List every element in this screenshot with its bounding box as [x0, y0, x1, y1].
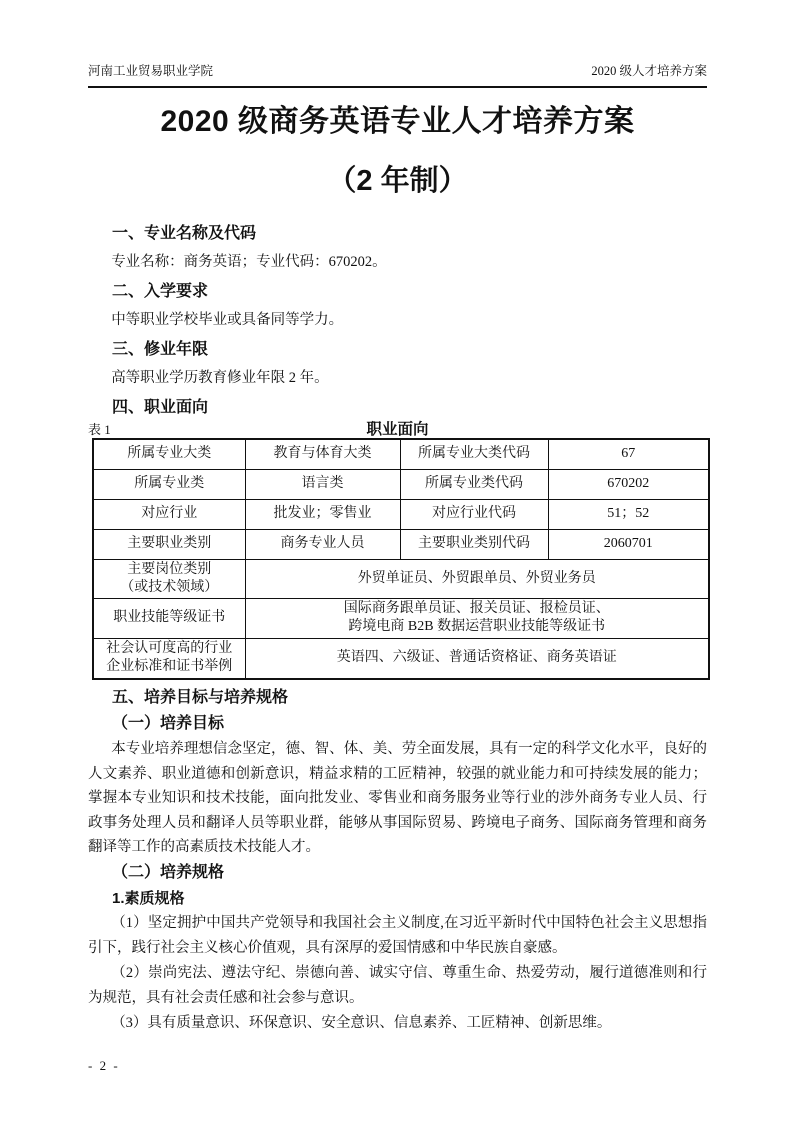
cell-value: 英语四、六级证、普通话资格证、商务英语证	[245, 638, 709, 679]
cell-value: 批发业；零售业	[245, 499, 400, 529]
section-3-heading: 三、修业年限	[88, 335, 707, 364]
training-goal-paragraph: 本专业培养理想信念坚定，德、智、体、美、劳全面发展，具有一定的科学文化水平，良好…	[88, 737, 707, 860]
table-row: 所属专业类 语言类 所属专业类代码 670202	[93, 469, 709, 499]
cell-label: 主要职业类别代码	[400, 529, 548, 559]
table-label: 表 1	[88, 422, 111, 437]
cell-label: 社会认可度高的行业 企业标准和证书举例	[93, 638, 245, 679]
cell-label: 职业技能等级证书	[93, 598, 245, 638]
section-2-body: 中等职业学校毕业或具备同等学力。	[88, 306, 707, 335]
table-row: 主要职业类别 商务专业人员 主要职业类别代码 2060701	[93, 529, 709, 559]
quality-item-1: （1）坚定拥护中国共产党领导和我国社会主义制度,在习近平新时代中国特色社会主义思…	[88, 911, 707, 961]
table-row: 主要岗位类别 （或技术领域） 外贸单证员、外贸跟单员、外贸业务员	[93, 559, 709, 598]
document-subtitle: （2 年制）	[88, 161, 707, 201]
table-caption: 职业面向	[366, 422, 428, 438]
section-5-sub1-heading: （一）培养目标	[88, 711, 707, 737]
cell-label: 对应行业	[93, 499, 245, 529]
cell-value: 2060701	[548, 529, 709, 559]
table-caption-row: 表 1 职业面向	[88, 422, 707, 438]
table-row: 社会认可度高的行业 企业标准和证书举例 英语四、六级证、普通话资格证、商务英语证	[93, 638, 709, 679]
quality-spec-heading: 1.素质规格	[88, 886, 707, 911]
cell-value: 67	[548, 439, 709, 469]
section-2-heading: 二、入学要求	[88, 277, 707, 306]
section-5-heading: 五、培养目标与培养规格	[88, 685, 707, 711]
cell-label: 主要职业类别	[93, 529, 245, 559]
section-1-heading: 一、专业名称及代码	[88, 219, 707, 248]
career-orientation-table: 所属专业大类 教育与体育大类 所属专业大类代码 67 所属专业类 语言类 所属专…	[92, 438, 710, 680]
document-title: 2020 级商务英语专业人才培养方案	[88, 102, 707, 142]
table-row: 对应行业 批发业；零售业 对应行业代码 51；52	[93, 499, 709, 529]
page-number: - 2 -	[88, 1058, 707, 1074]
cell-label: 所属专业大类代码	[400, 439, 548, 469]
section-1-body: 专业名称：商务英语；专业代码：670202。	[88, 248, 707, 277]
cell-value: 51；52	[548, 499, 709, 529]
document-page: 河南工业贸易职业学院 2020 级人才培养方案 2020 级商务英语专业人才培养…	[0, 0, 793, 1122]
cell-label: 主要岗位类别 （或技术领域）	[93, 559, 245, 598]
cell-value: 语言类	[245, 469, 400, 499]
header-right-text: 2020 级人才培养方案	[591, 64, 707, 79]
cell-label: 所属专业类	[93, 469, 245, 499]
quality-item-3: （3）具有质量意识、环保意识、安全意识、信息素养、工匠精神、创新思维。	[88, 1011, 707, 1036]
header-left-text: 河南工业贸易职业学院	[88, 64, 213, 79]
cell-label: 所属专业类代码	[400, 469, 548, 499]
cell-label: 对应行业代码	[400, 499, 548, 529]
cell-value: 外贸单证员、外贸跟单员、外贸业务员	[245, 559, 709, 598]
page-header: 河南工业贸易职业学院 2020 级人才培养方案	[88, 64, 707, 88]
section-4-heading: 四、职业面向	[88, 393, 707, 422]
cell-value: 国际商务跟单员证、报关员证、报检员证、 跨境电商 B2B 数据运营职业技能等级证…	[245, 598, 709, 638]
cell-label: 所属专业大类	[93, 439, 245, 469]
cell-value: 670202	[548, 469, 709, 499]
section-5-sub2-heading: （二）培养规格	[88, 860, 707, 886]
table-row: 职业技能等级证书 国际商务跟单员证、报关员证、报检员证、 跨境电商 B2B 数据…	[93, 598, 709, 638]
section-3-body: 高等职业学历教育修业年限 2 年。	[88, 364, 707, 393]
cell-value: 教育与体育大类	[245, 439, 400, 469]
table-row: 所属专业大类 教育与体育大类 所属专业大类代码 67	[93, 439, 709, 469]
cell-value: 商务专业人员	[245, 529, 400, 559]
quality-item-2: （2）崇尚宪法、遵法守纪、崇德向善、诚实守信、尊重生命、热爱劳动，履行道德准则和…	[88, 961, 707, 1011]
